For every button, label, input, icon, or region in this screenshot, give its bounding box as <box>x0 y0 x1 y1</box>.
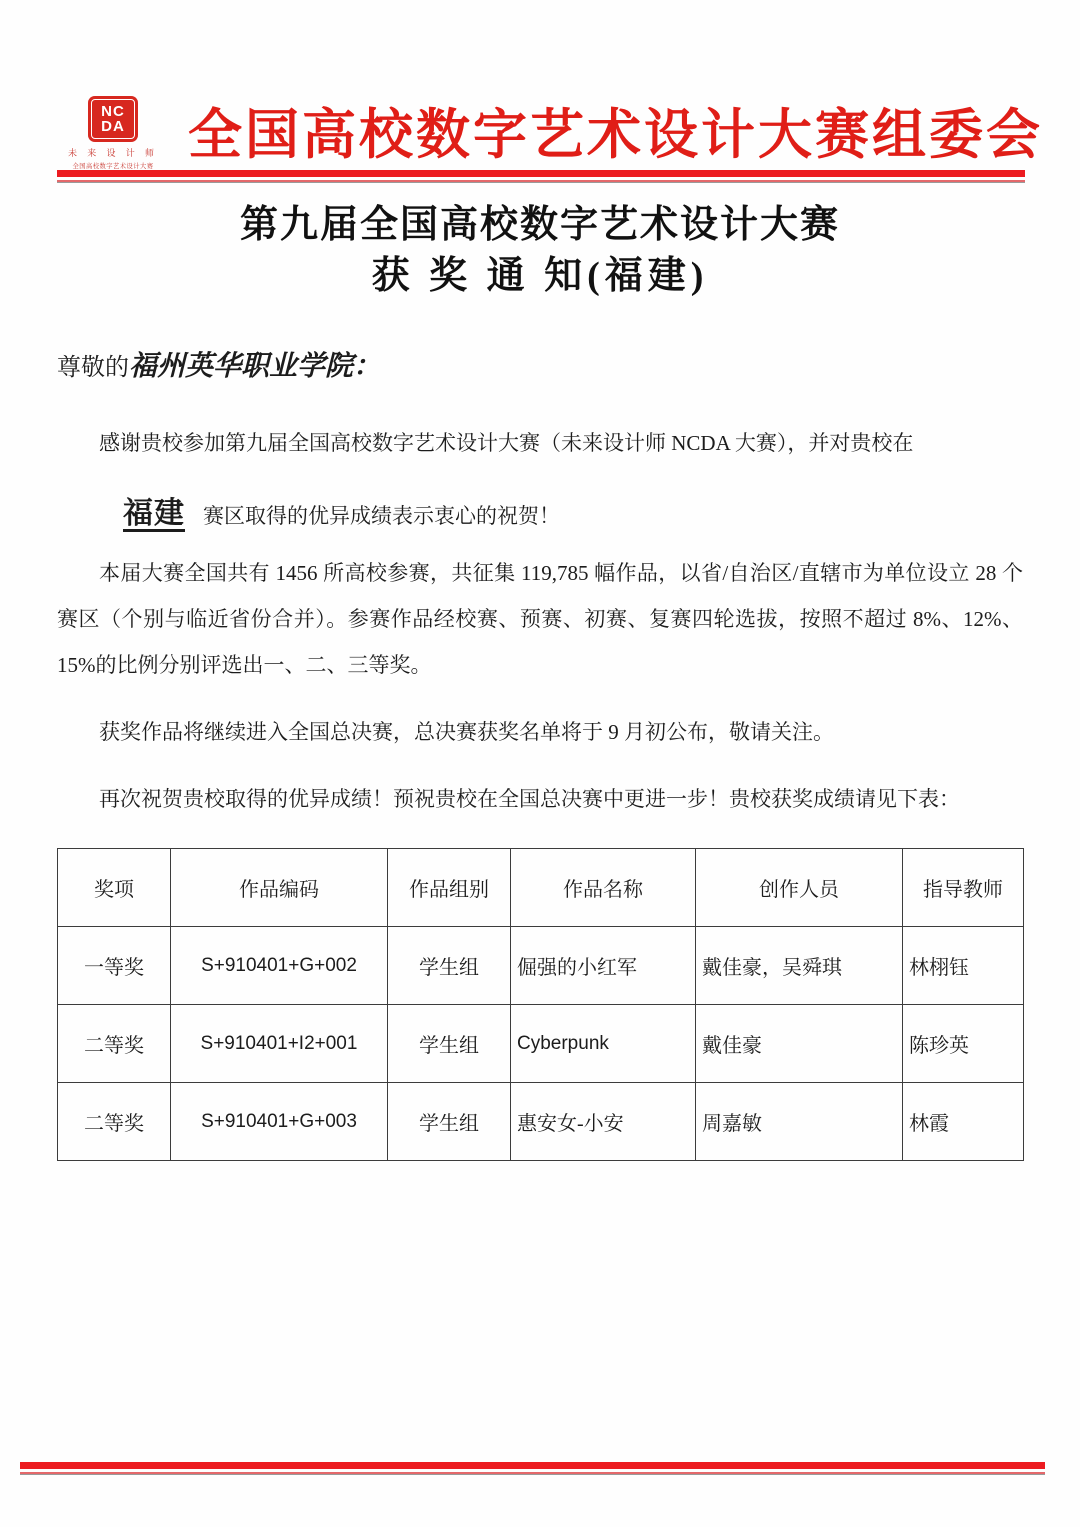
footer-rule <box>20 1462 1045 1475</box>
header-work-code: 作品编码 <box>171 849 388 927</box>
paragraph-congrats: 再次祝贺贵校取得的优异成绩！预祝贵校在全国总决赛中更进一步！贵校获奖成绩请见下表… <box>57 776 1023 822</box>
cell-work-title: 惠安女-小安 <box>511 1083 696 1161</box>
cell-work-code: S+910401+G+002 <box>171 927 388 1005</box>
document-title-line1: 第九届全国高校数字艺术设计大赛 <box>57 200 1023 250</box>
header-creators: 创作人员 <box>696 849 903 927</box>
cell-advisor: 林霞 <box>903 1083 1024 1161</box>
footer-rule-thick <box>20 1462 1045 1469</box>
header-advisor: 指导教师 <box>903 849 1024 927</box>
header-rule <box>57 170 1025 183</box>
cell-advisor: 陈珍英 <box>903 1005 1024 1083</box>
header-award: 奖项 <box>58 849 171 927</box>
cell-work-group: 学生组 <box>388 1005 511 1083</box>
cell-work-title: 倔强的小红军 <box>511 927 696 1005</box>
table-row: 二等奖 S+910401+G+003 学生组 惠安女-小安 周嘉敏 林霞 <box>58 1083 1024 1161</box>
table-row: 二等奖 S+910401+I2+001 学生组 Cyberpunk 戴佳豪 陈珍… <box>58 1005 1024 1083</box>
document-title: 第九届全国高校数字艺术设计大赛 获 奖 通 知(福建) <box>57 200 1023 302</box>
ncda-logo: NC DA 未 来 设 计 师 全国高校数字艺术设计大赛 <box>48 96 178 171</box>
ncda-seal-icon: NC DA <box>88 96 138 142</box>
logo-caption-future-designer: 未 来 设 计 师 <box>48 146 178 159</box>
cell-creators: 戴佳豪，吴舜琪 <box>696 927 903 1005</box>
paragraph-thanks: 感谢贵校参加第九届全国高校数字艺术设计大赛（未来设计师 NCDA 大赛），并对贵… <box>57 420 1023 466</box>
cell-work-code: S+910401+I2+001 <box>171 1005 388 1083</box>
organizing-committee-title: 全国高校数字艺术设计大赛组委会 <box>188 92 918 169</box>
school-name: 福州英华职业学院 <box>129 349 353 382</box>
award-notice-page: NC DA 未 来 设 计 师 全国高校数字艺术设计大赛 全国高校数字艺术设计大… <box>0 0 1080 1527</box>
cell-award: 二等奖 <box>58 1083 171 1161</box>
cell-advisor: 林栩钰 <box>903 927 1024 1005</box>
footer-rule-thin <box>20 1472 1045 1475</box>
cell-creators: 周嘉敏 <box>696 1083 903 1161</box>
salutation-prefix: 尊敬的 <box>57 355 129 381</box>
letterhead: NC DA 未 来 设 计 师 全国高校数字艺术设计大赛 全国高校数字艺术设计大… <box>0 0 1080 172</box>
document-title-line2: 获 奖 通 知(福建) <box>57 250 1023 302</box>
region-congrats-text: 赛区取得的优异成绩表示衷心的祝贺！ <box>203 504 560 528</box>
paragraph-finals: 获奖作品将继续进入全国总决赛，总决赛获奖名单将于 9 月初公布，敬请关注。 <box>57 709 1023 755</box>
cell-work-code: S+910401+G+003 <box>171 1083 388 1161</box>
cell-creators: 戴佳豪 <box>696 1005 903 1083</box>
awards-table-header-row: 奖项 作品编码 作品组别 作品名称 创作人员 指导教师 <box>58 849 1024 927</box>
table-row: 一等奖 S+910401+G+002 学生组 倔强的小红军 戴佳豪，吴舜琪 林栩… <box>58 927 1024 1005</box>
cell-work-group: 学生组 <box>388 927 511 1005</box>
header-rule-thin <box>57 180 1025 183</box>
region-line: 福建 赛区取得的优异成绩表示衷心的祝贺！ <box>57 488 1023 532</box>
header-work-group: 作品组别 <box>388 849 511 927</box>
cell-award: 一等奖 <box>58 927 171 1005</box>
salutation-colon: ： <box>353 349 381 382</box>
cell-work-title: Cyberpunk <box>511 1005 696 1083</box>
header-rule-thick <box>57 170 1025 177</box>
salutation: 尊敬的福州英华职业学院： <box>57 344 1023 384</box>
region-name: 福建 <box>123 497 185 530</box>
header-work-title: 作品名称 <box>511 849 696 927</box>
awards-table: 奖项 作品编码 作品组别 作品名称 创作人员 指导教师 一等奖 S+910401… <box>57 848 1024 1161</box>
seal-text-bottom: DA <box>101 119 125 134</box>
paragraph-stats: 本届大赛全国共有 1456 所高校参赛，共征集 119,785 幅作品，以省/自… <box>57 550 1023 688</box>
cell-work-group: 学生组 <box>388 1083 511 1161</box>
letter-body: 第九届全国高校数字艺术设计大赛 获 奖 通 知(福建) 尊敬的福州英华职业学院：… <box>0 200 1080 1161</box>
seal-text-top: NC <box>101 104 125 119</box>
cell-award: 二等奖 <box>58 1005 171 1083</box>
